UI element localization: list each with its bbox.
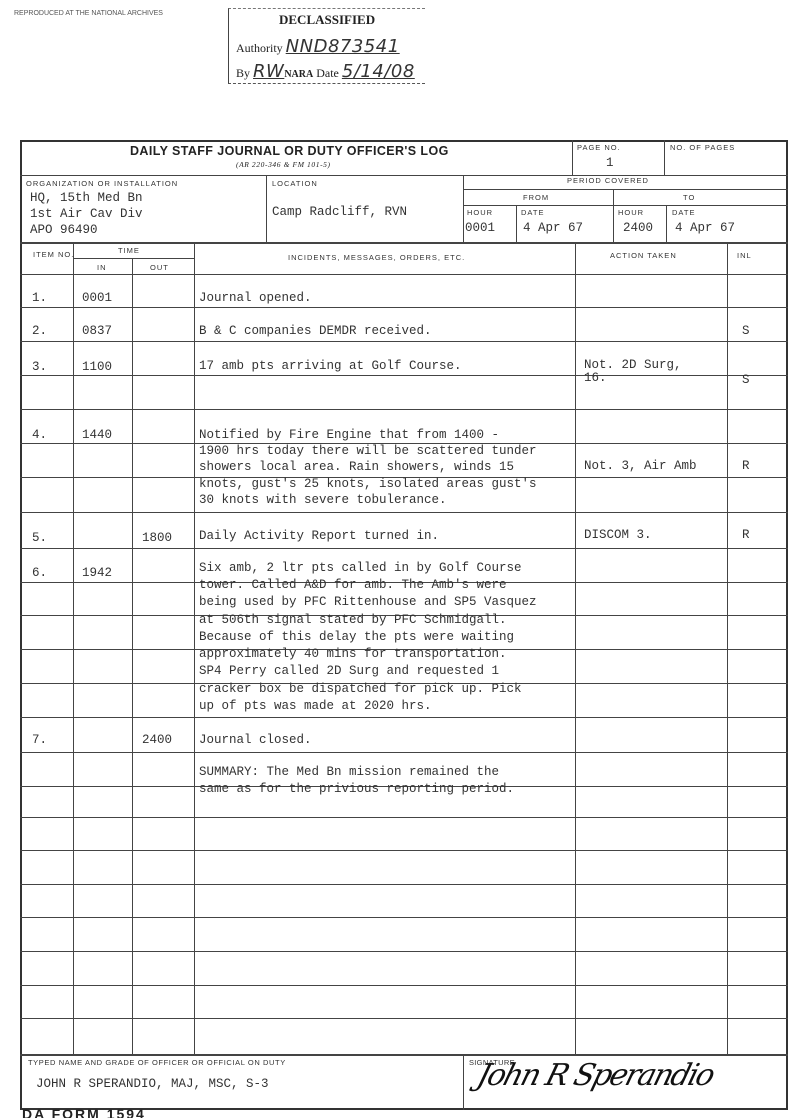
inl-value: R (742, 528, 750, 542)
organization-line-3: APO 96490 (30, 223, 98, 237)
divider (73, 258, 194, 259)
stamp-agency: NARA (284, 69, 313, 80)
column-divider (727, 242, 728, 1054)
row-line (20, 307, 788, 308)
incident-text: tower. Called A&D for amb. The Amb's wer… (199, 578, 507, 592)
form-subtitle: (AR 220-346 & FM 101-5) (236, 160, 331, 169)
row-line (20, 917, 788, 918)
stamp-by-label: By (236, 66, 250, 80)
column-divider (194, 242, 195, 1054)
column-divider (575, 242, 576, 1054)
incident-text: 17 amb pts arriving at Golf Course. (199, 359, 462, 373)
no-of-pages-label: NO. OF PAGES (670, 143, 735, 152)
row-line (20, 985, 788, 986)
to-label: TO (683, 193, 695, 202)
incident-text: showers local area. Rain showers, winds … (199, 460, 514, 474)
item-number: 5. (32, 531, 47, 545)
period-covered-label: PERIOD COVERED (567, 176, 649, 185)
incident-text: being used by PFC Rittenhouse and SP5 Va… (199, 595, 537, 609)
inl-value: S (742, 373, 750, 387)
divider (666, 205, 667, 242)
row-line (20, 817, 788, 818)
incident-text: Journal opened. (199, 291, 312, 305)
row-line (20, 884, 788, 885)
from-label: FROM (523, 193, 549, 202)
time-in: 0837 (82, 324, 112, 338)
to-hour-label: HOUR (618, 208, 644, 217)
archive-note: REPRODUCED AT THE NATIONAL ARCHIVES (14, 10, 163, 17)
to-hour-value: 2400 (623, 221, 653, 235)
to-date-value: 4 Apr 67 (675, 221, 735, 235)
divider (664, 140, 665, 175)
row-line (20, 409, 788, 410)
row-line (20, 951, 788, 952)
row-line (20, 1054, 788, 1056)
incident-text: Because of this delay the pts were waiti… (199, 630, 514, 644)
row-line (20, 1018, 788, 1019)
stamp-title: DECLASSIFIED (279, 12, 375, 28)
organization-line-1: HQ, 15th Med Bn (30, 191, 143, 205)
time-in: 1942 (82, 566, 112, 580)
declassified-stamp: DECLASSIFIED Authority NND873541 By RWNA… (228, 8, 425, 84)
organization-label: ORGANIZATION OR INSTALLATION (26, 179, 178, 188)
header-time: TIME (118, 246, 140, 255)
organization-line-2: 1st Air Cav Div (30, 207, 143, 221)
incident-text: Journal closed. (199, 733, 312, 747)
row-line (20, 375, 788, 376)
item-number: 2. (32, 324, 47, 338)
row-line (20, 274, 788, 275)
header-incidents: INCIDENTS, MESSAGES, ORDERS, ETC. (288, 253, 465, 262)
from-date-value: 4 Apr 67 (523, 221, 583, 235)
form-number: DA FORM 1594 (22, 1106, 146, 1118)
incident-text: B & C companies DEMDR received. (199, 324, 432, 338)
row-line (20, 548, 788, 549)
item-number: 3. (32, 360, 47, 374)
divider (20, 175, 788, 176)
inl-value: S (742, 324, 750, 338)
row-line (20, 752, 788, 753)
item-number: 4. (32, 428, 47, 442)
incident-text: Notified by Fire Engine that from 1400 - (199, 428, 499, 442)
item-number: 7. (32, 733, 47, 747)
to-date-label: DATE (672, 208, 695, 217)
action-text: Not. 3, Air Amb (584, 459, 697, 473)
item-number: 1. (32, 291, 47, 305)
header-time-out: OUT (150, 263, 169, 272)
summary-text: same as for the privious reporting perio… (199, 782, 514, 796)
page-no-label: PAGE NO. (577, 143, 621, 152)
stamp-authority-label: Authority (236, 41, 283, 55)
form-title: DAILY STAFF JOURNAL OR DUTY OFFICER'S LO… (130, 144, 449, 158)
incident-text: Daily Activity Report turned in. (199, 529, 439, 543)
row-line (20, 717, 788, 718)
item-number: 6. (32, 566, 47, 580)
incident-text: SP4 Perry called 2D Surg and requested 1 (199, 664, 499, 678)
row-line (20, 341, 788, 342)
divider (463, 175, 464, 242)
stamp-authority-line: Authority NND873541 (236, 36, 400, 57)
header-action-taken: ACTION TAKEN (610, 251, 677, 260)
divider (463, 189, 788, 190)
incident-text: Six amb, 2 ltr pts called in by Golf Cou… (199, 561, 522, 575)
row-line (20, 850, 788, 851)
action-text: DISCOM 3. (584, 528, 652, 542)
time-in: 1440 (82, 428, 112, 442)
incident-text: 1900 hrs today there will be scattered t… (199, 444, 537, 458)
signature: John R Sperandio (473, 1058, 717, 1093)
officer-name: JOHN R SPERANDIO, MAJ, MSC, S-3 (36, 1077, 269, 1091)
from-hour-value: 0001 (465, 221, 495, 235)
stamp-authority-value: NND873541 (286, 36, 400, 57)
from-date-label: DATE (521, 208, 544, 217)
divider (266, 175, 267, 242)
location-value: Camp Radcliff, RVN (272, 205, 407, 219)
incident-text: at 506th signal stated by PFC Schmidgall… (199, 613, 507, 627)
column-divider (73, 242, 74, 1054)
time-out: 1800 (142, 531, 172, 545)
stamp-by-value: RW (253, 61, 284, 82)
from-hour-label: HOUR (467, 208, 493, 217)
inl-value: R (742, 459, 750, 473)
header-time-in: IN (97, 263, 107, 272)
incident-text: 30 knots with severe tobulerance. (199, 493, 447, 507)
divider (572, 140, 573, 175)
page-no-value: 1 (606, 156, 614, 170)
time-out: 2400 (142, 733, 172, 747)
divider (516, 205, 517, 242)
action-text: 16. (584, 371, 607, 385)
action-text: Not. 2D Surg, (584, 358, 682, 372)
incident-text: knots, gust's 25 knots, isolated areas g… (199, 477, 537, 491)
row-line (20, 512, 788, 513)
summary-text: SUMMARY: The Med Bn mission remained the (199, 765, 499, 779)
time-in: 0001 (82, 291, 112, 305)
stamp-by-line: By RWNARA Date 5/14/08 (236, 61, 415, 82)
incident-text: approximately 40 mins for transportation… (199, 647, 507, 661)
incident-text: cracker box be dispatched for pick up. P… (199, 682, 522, 696)
header-inl: INL (737, 251, 752, 260)
stamp-date-value: 5/14/08 (342, 61, 415, 82)
divider (613, 189, 614, 242)
location-label: LOCATION (272, 179, 318, 188)
divider (463, 1054, 464, 1110)
stamp-date-label: Date (316, 66, 339, 80)
header-item-no: ITEM NO. (33, 250, 74, 259)
divider (20, 242, 788, 244)
divider (463, 205, 788, 206)
column-divider (132, 258, 133, 1054)
time-in: 1100 (82, 360, 112, 374)
officer-label: TYPED NAME AND GRADE OF OFFICER OR OFFIC… (28, 1058, 286, 1067)
incident-text: up of pts was made at 2020 hrs. (199, 699, 432, 713)
